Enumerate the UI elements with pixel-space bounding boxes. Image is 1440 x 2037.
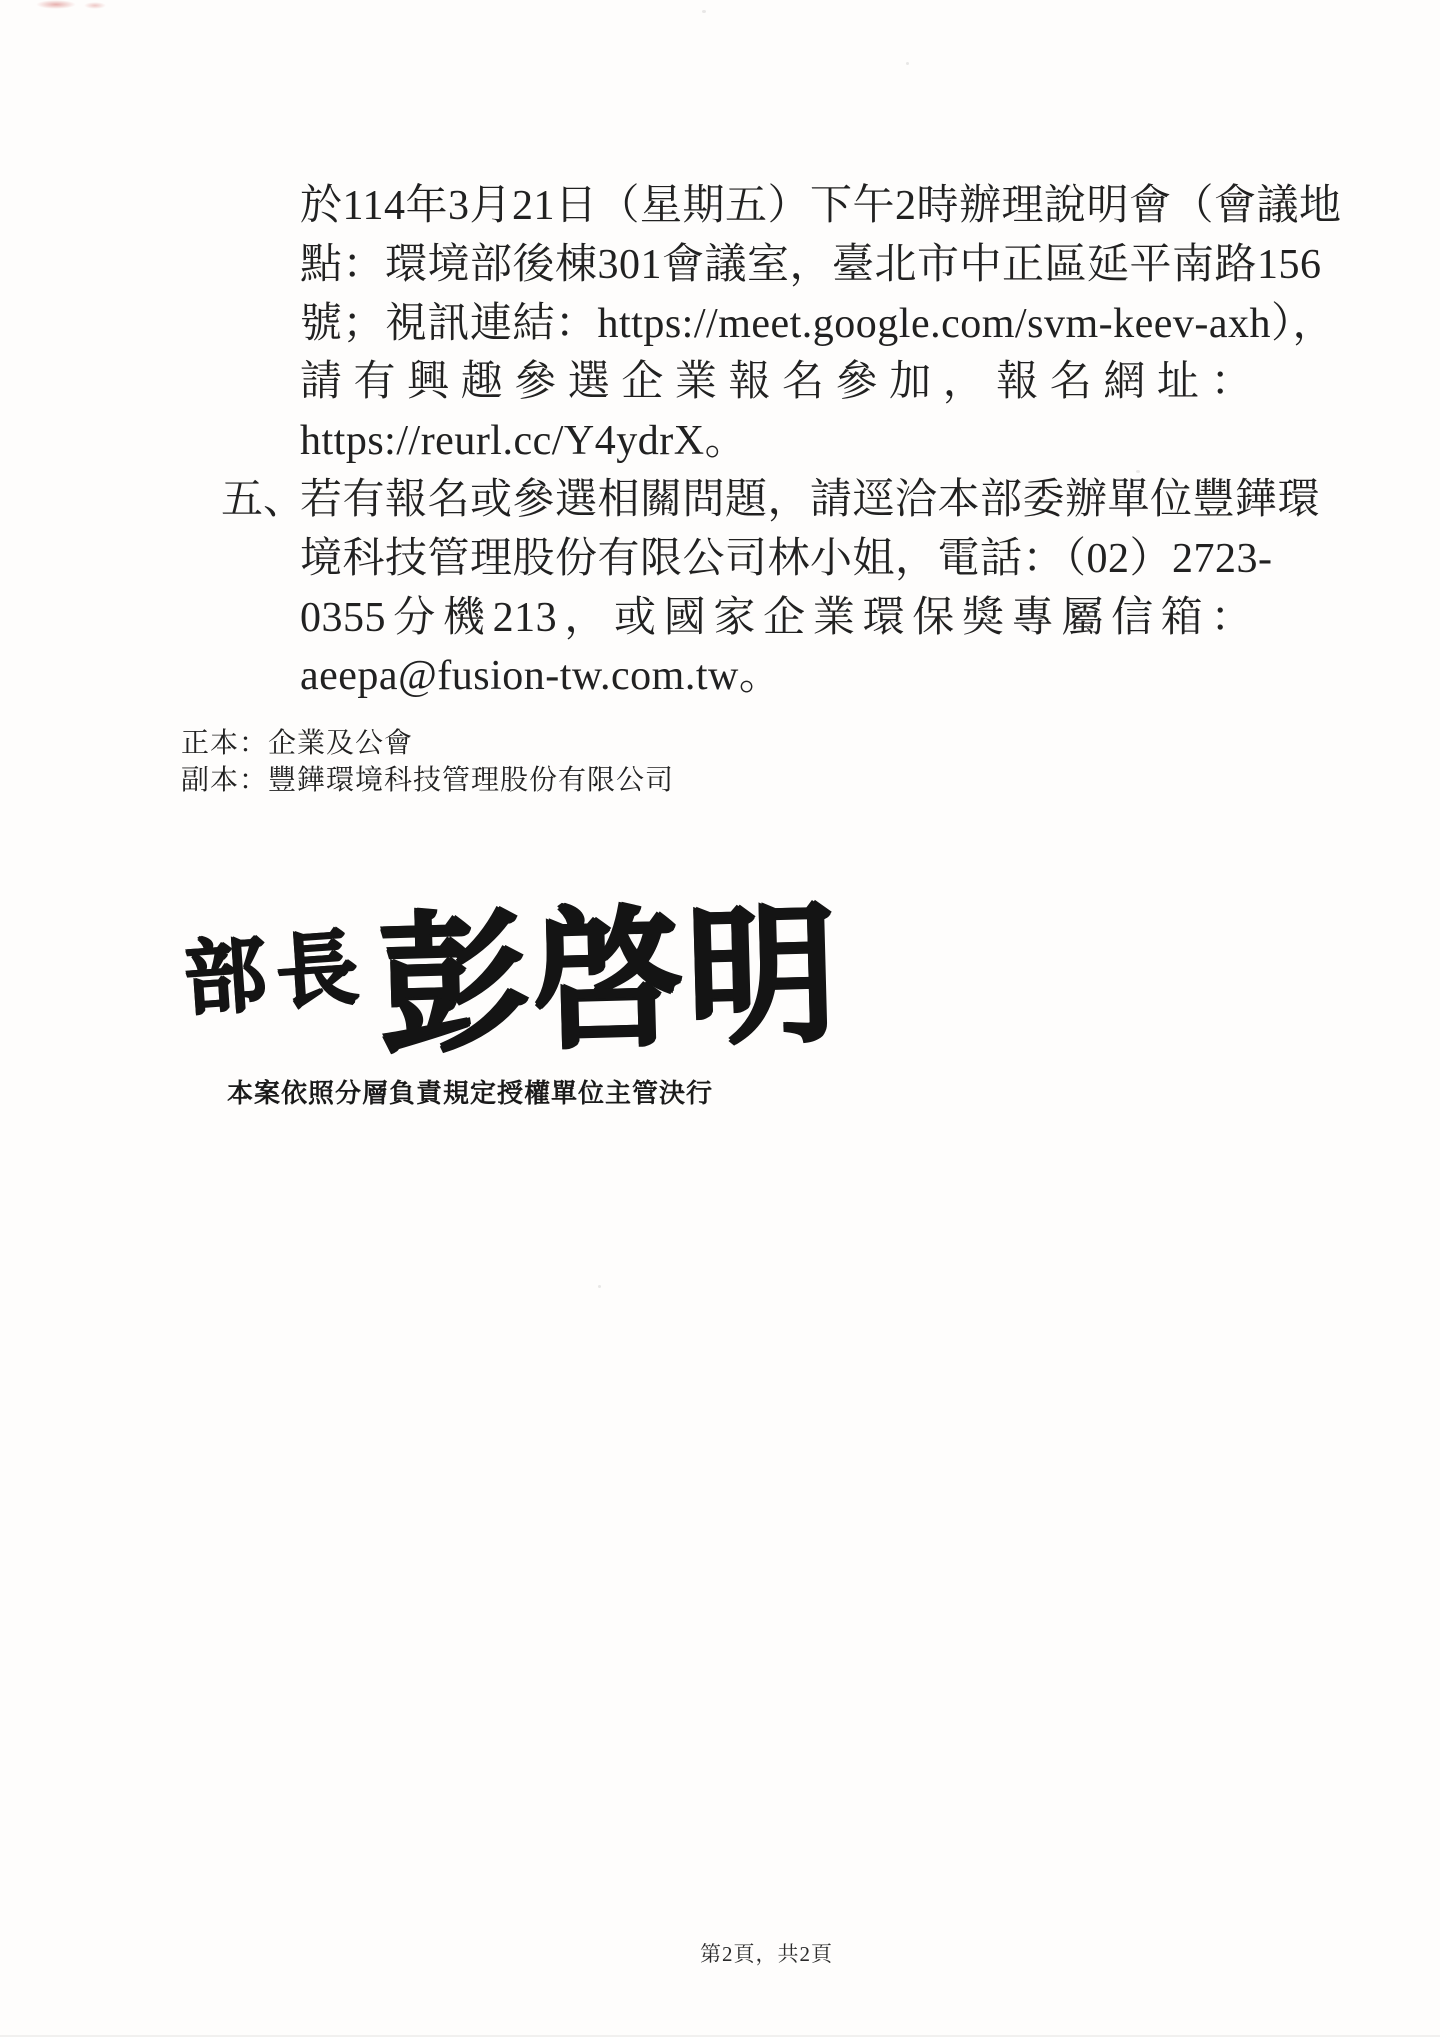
item-five-line-email: aeepa@fusion-tw.com.tw。 bbox=[300, 647, 1253, 706]
item-five-content: 若有報名或參選相關問題，請逕洽本部委辦單位豐鏵環 境科技管理股份有限公司林小姐，… bbox=[300, 471, 1253, 706]
body-text: 於114年3月21日（星期五）下午2時辦理說明會（會議地 點：環境部後棟301會… bbox=[300, 177, 1253, 706]
recipients-block: 正本：企業及公會 副本：豐鏵環境科技管理股份有限公司 bbox=[181, 725, 674, 799]
red-scan-mark bbox=[84, 2, 106, 9]
paragraph-line-meeting-link: 號；視訊連結：https://meet.google.com/svm-keev-… bbox=[300, 295, 1253, 354]
minister-signature: 部長 彭啓明 bbox=[183, 858, 863, 1068]
scan-speck bbox=[598, 1285, 601, 1288]
item-five-number: 五、 bbox=[221, 471, 305, 530]
paragraph-line: 於114年3月21日（星期五）下午2時辦理說明會（會議地 bbox=[300, 177, 1253, 236]
paragraph-line: 點：環境部後棟301會議室，臺北市中正區延平南路156 bbox=[300, 236, 1253, 295]
continuation-paragraph: 於114年3月21日（星期五）下午2時辦理說明會（會議地 點：環境部後棟301會… bbox=[300, 177, 1253, 471]
signature-name: 彭啓明 bbox=[374, 852, 842, 1080]
red-scan-mark bbox=[36, 0, 76, 9]
item-five-line: 若有報名或參選相關問題，請逕洽本部委辦單位豐鏵環 bbox=[300, 471, 1253, 530]
scanned-letter-page: 五、 於114年3月21日（星期五）下午2時辦理說明會（會議地 點：環境部後棟3… bbox=[0, 0, 1440, 2037]
recipient-original-line: 正本：企業及公會 bbox=[181, 725, 674, 762]
item-five-line: 境科技管理股份有限公司林小姐，電話：（02）2723- bbox=[300, 530, 1253, 589]
scan-speck bbox=[702, 10, 706, 13]
signature-title: 部長 bbox=[179, 902, 371, 1032]
page-number-footer: 第2頁，共2頁 bbox=[700, 1938, 833, 1968]
paragraph-line: 請有興趣參選企業報名參加，報名網址： bbox=[300, 353, 1253, 412]
scan-speck bbox=[906, 62, 909, 65]
recipient-copy-line: 副本：豐鏵環境科技管理股份有限公司 bbox=[181, 762, 674, 799]
item-five-line: 0355分機213，或國家企業環保獎專屬信箱： bbox=[300, 589, 1253, 648]
paragraph-line-registration-link: https://reurl.cc/Y4ydrX。 bbox=[300, 412, 1253, 471]
authorization-note: 本案依照分層負責規定授權單位主管決行 bbox=[227, 1073, 713, 1110]
